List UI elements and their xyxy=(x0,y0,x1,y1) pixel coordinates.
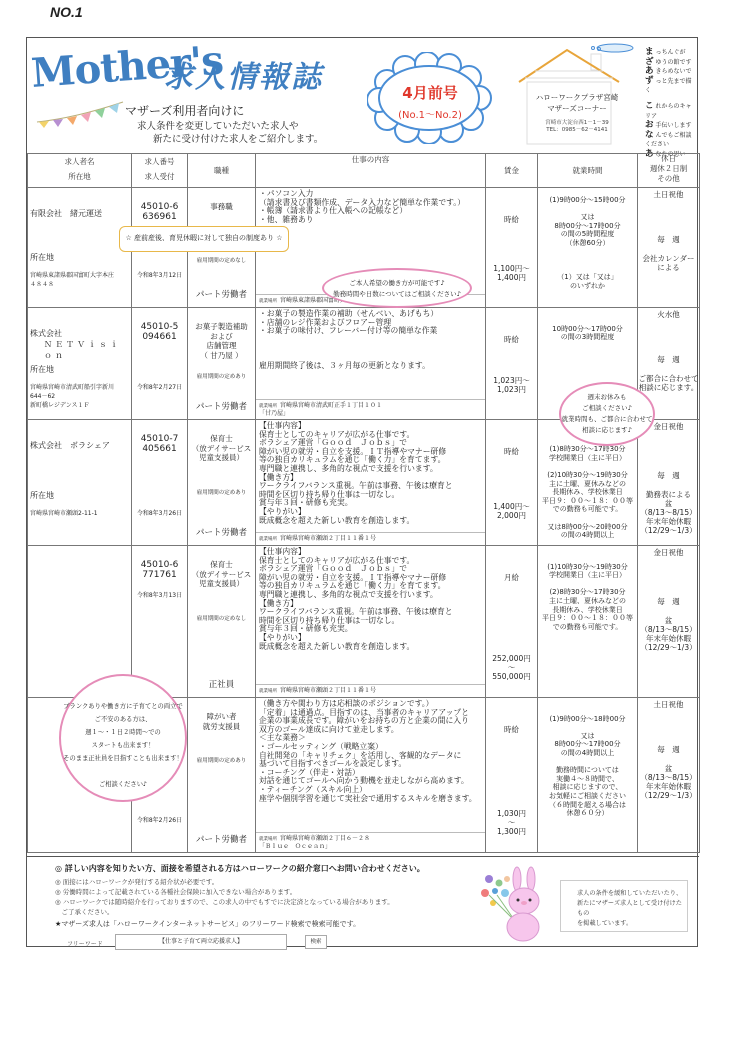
col-hours: 就業時間 xyxy=(538,154,638,188)
holiday-cell: 金日祝他 毎 週 勤務表による 盆 （8/13～8/15） 年末年始休暇 （12… xyxy=(638,420,700,546)
occupation: お菓子製造補助 および 店舗管理 （ 甘乃屋 ） xyxy=(188,308,255,360)
footer-note: ◎ 労働時間によって記載されている各種社会保険に加入できない場合があります。 xyxy=(55,887,296,896)
holiday-days: 金日祝他 xyxy=(638,548,699,557)
job-number: 45010-7405661 xyxy=(132,420,187,454)
occupation-cell: 保育士 （放デイサービス 児童支援員） 雇用期間の定めなし 正社員 xyxy=(188,546,256,698)
bunting-decoration-icon xyxy=(35,100,125,128)
employment-type: パート労働者 xyxy=(188,400,255,412)
description-cell: 【仕事内容】 保育士としてのキャリアが広がる仕事です。 ボラシェア運営「Ｇｏｏｄ… xyxy=(256,420,486,546)
subtitle-2: 求人条件を変更していただいた求人や xyxy=(137,118,299,132)
holiday-other: ご都合に合わせて 相談に応じます。 xyxy=(638,374,699,392)
description-cell: 【仕事内容】 保育士としてのキャリアが広がる仕事です。 ボラシェア運営「Ｇｏｏｄ… xyxy=(256,546,486,698)
holiday-weekly: 毎 週 xyxy=(638,235,699,244)
wage-amount: 1,023円～ 1,023円 xyxy=(486,376,537,394)
working-hours: 10時00分～17時00分 の間の3時間程度 xyxy=(538,316,637,342)
wage-type: 時給 xyxy=(486,214,537,225)
employment-type: パート労働者 xyxy=(188,526,255,538)
company-address: 宮崎県東諸県郡国富町大字本庄 ４８４８ xyxy=(30,270,130,288)
wage-cell: 時給 1,023円～ 1,023円 xyxy=(486,308,538,420)
holiday-days: 土日祝他 xyxy=(638,190,699,199)
holiday-other: 会社カレンダー による xyxy=(638,254,699,272)
job-description: 【仕事内容】 保育士としてのキャリアが広がる仕事です。 ボラシェア運営「Ｇｏｏｄ… xyxy=(256,546,485,667)
holiday-weekly: 毎 週 xyxy=(638,597,699,606)
footer: ◎ 詳しい内容を知りたい方、面接を希望される方はハローワークの紹介窓口へお問い合… xyxy=(27,856,699,948)
footer-note: ◎ 面接にはハローワークが発行する紹介状が必要です。 xyxy=(55,877,218,886)
working-hours: (1)10時30分～19時30分 学校開業日（主に平日） (2)8時30分～17… xyxy=(538,554,637,631)
location-label: 所在地 xyxy=(30,364,54,375)
workplace: 就業場所宮崎県宮崎市清武町正手１丁目１０１ 「甘乃屋」 xyxy=(256,399,485,419)
col-description: 仕事の内容 xyxy=(256,154,486,188)
holiday-other: 盆 （8/13～8/15） 年末年始休暇 （12/29～1/3） xyxy=(638,764,699,800)
wage-cell: 月給 252,000円 ～ 550,000円 xyxy=(486,546,538,698)
wage-cell: 時給 1,030円 ～ 1,300円 xyxy=(486,698,538,853)
job-number-cell: 45010-5094661 令和8年2月27日 xyxy=(132,308,188,420)
office-tel: TEL：0985－62－4141 xyxy=(527,125,627,133)
freeword-label: フリーワード xyxy=(67,939,103,948)
holiday-other: 盆 （8/13～8/15） 年末年始休暇 （12/29～1/3） xyxy=(638,616,699,652)
subtitle-1: マザーズ利用者向けに xyxy=(125,102,244,119)
company-address: 宮崎県宮崎市瀬頭2-11-1 xyxy=(30,508,130,517)
company-address: 宮崎県宮崎市清武町船引字新川 644－62 新町橋レジデンス１Ｆ xyxy=(30,382,130,409)
subtitle-3: 新たに受け付けた求人をご紹介します。 xyxy=(153,131,323,145)
wage-cell: 時給 1,400円～ 2,000円 xyxy=(486,420,538,546)
employment-type: パート労働者 xyxy=(188,833,255,845)
wage-type: 時給 xyxy=(486,446,537,457)
issue-range: (No.1～No.2) xyxy=(367,106,493,121)
job-number-cell: 45010-7405661 令和8年3月26日 xyxy=(132,420,188,546)
workplace: 就業場所宮崎県宮崎市瀬頭２丁目１１番１号 xyxy=(256,684,485,697)
header: Mother's 求人情報誌 マザーズ利用者向けに 求人条件を変更していただいた… xyxy=(27,38,697,153)
col-wage: 賃金 xyxy=(486,154,538,188)
job-description: （働き方や関わり方は応相談のポジションです。） 「定着」は通過点。目指すのは、当… xyxy=(256,698,485,819)
special-benefit-badge: ☆ 産前産後、育児休暇に対して独自の制度あり ☆ xyxy=(119,226,289,252)
working-hours: (1)8時30分～17時30分 学校開業日（主に平日） (2)10時30分～19… xyxy=(538,428,637,540)
holiday-weekly: 毎 週 xyxy=(638,745,699,754)
holiday-weekly: 毎 週 xyxy=(638,471,699,480)
hours-cell: (1)9時00分～15時00分 又は 8時00分～17時00分 の間の5時間程度… xyxy=(538,188,638,308)
job-number: 45010-5094661 xyxy=(132,308,187,342)
wage-amount: 1,100円～ 1,400円 xyxy=(486,264,537,282)
weekend-off-callout: 週末お休みも ご相談ください♪ 就業時間も、ご都合に合わせて 相談に応じます♪ xyxy=(559,382,655,446)
employment-term: 雇用期間の定めなし xyxy=(188,614,255,622)
col-occupation: 職種 xyxy=(188,154,256,188)
employment-term: 雇用期間の定めあり xyxy=(188,372,255,380)
company-cell: 有限会社 緒元運送 所在地 宮崎県東諸県郡国富町大字本庄 ４８４８ xyxy=(28,188,132,308)
holiday-cell: 金日祝他 毎 週 盆 （8/13～8/15） 年末年始休暇 （12/29～1/3… xyxy=(638,546,700,698)
workplace: 就業場所宮崎県宮崎市瀬頭２丁目６－２８ 「Ｂｌｕｅ Ｏｃｅａｎ」 xyxy=(256,832,485,852)
acrostic-line: これからのキャリア xyxy=(645,102,697,121)
hours-cell: (1)9時00分～18時00分 又は 8時00分～17時00分 の間の4時間以上… xyxy=(538,698,638,853)
job-description: 【仕事内容】 保育士としてのキャリアが広がる仕事です。 ボラシェア運営「Ｇｏｏｄ… xyxy=(256,420,485,541)
col-company: 求人者名所在地 xyxy=(28,154,132,188)
working-hours: (1)9時00分～18時00分 又は 8時00分～17時00分 の間の4時間以上… xyxy=(538,706,637,818)
received-date: 令和8年3月12日 xyxy=(132,270,187,279)
holiday-cell: 土日祝他 毎 週 会社カレンダー による xyxy=(638,188,700,308)
employment-term: 雇用期間の定めあり xyxy=(188,756,255,764)
holiday-weekly: 毎 週 xyxy=(638,355,699,364)
office-name-1: ハローワークプラザ宮崎 xyxy=(527,92,627,103)
employment-type: パート労働者 xyxy=(188,288,255,300)
col-number: 求人番号求人受付 xyxy=(132,154,188,188)
wage-cell: 時給 1,100円～ 1,400円 xyxy=(486,188,538,308)
wage-type: 月給 xyxy=(486,572,537,583)
bunny-mascot-icon xyxy=(475,865,555,945)
acrostic-poem: まっちんぐが ざゆうの館です あきらめないで ずっと先まで描く これからのキャリ… xyxy=(645,48,697,160)
occupation: 障がい者 就労支援員 xyxy=(188,698,255,731)
holiday-days: 土日祝他 xyxy=(638,700,699,709)
location-label: 所在地 xyxy=(30,490,54,501)
company-name-2: ＮＥＴＶｉｓｉｏｎ xyxy=(30,339,129,361)
employment-term: 雇用期間の定めあり xyxy=(188,488,255,496)
company-name: 株式会社 ボラシェア xyxy=(30,440,129,451)
job-description: ・お菓子の製造作業の補助（せんべい、あげもち） ・店舗のレジ作業およびフロアー管… xyxy=(256,308,485,386)
job-number: 45010-6636961 xyxy=(132,188,187,222)
wage-amount: 1,400円～ 2,000円 xyxy=(486,502,537,520)
wage-type: 時給 xyxy=(486,334,537,345)
issue-title: 4月前号 xyxy=(367,82,493,103)
company-name: 有限会社 緒元運送 xyxy=(30,208,129,219)
wage-type: 時給 xyxy=(486,724,537,735)
page-number: NO.1 xyxy=(50,4,83,20)
speech-bubble: 求人の条件を緩和していただいたり、 新たにマザーズ求人として受け付けたもの を掲… xyxy=(560,880,688,932)
company-name: 株式会社 xyxy=(30,328,129,339)
description-cell: （働き方や関わり方は応相談のポジションです。） 「定着」は通過点。目指すのは、当… xyxy=(256,698,486,853)
holiday-days: 火水他 xyxy=(638,310,699,319)
received-date: 令和8年2月27日 xyxy=(132,382,187,391)
job-description: ・パソコン入力 （請求書及び書類作成、データ入力など簡単な作業です。） ・帳簿（… xyxy=(256,188,485,240)
received-date: 令和8年2月26日 xyxy=(132,815,187,824)
footer-star-note: ★マザーズ求人は「ハローワークインターネットサービス」のフリーワード検索で検索可… xyxy=(55,919,360,929)
job-number: 45010-6771761 xyxy=(132,546,187,580)
search-button[interactable]: 検索 xyxy=(305,935,327,949)
logo-title: 求人情報誌 xyxy=(163,52,323,96)
company-cell: 株式会社 ＮＥＴＶｉｓｉｏｎ 所在地 宮崎県宮崎市清武町船引字新川 644－62… xyxy=(28,308,132,420)
flyer-frame: Mother's 求人情報誌 マザーズ利用者向けに 求人条件を変更していただいた… xyxy=(26,37,698,947)
col-holiday: 休日週休２日制その他 xyxy=(638,154,700,188)
occupation-cell: お菓子製造補助 および 店舗管理 （ 甘乃屋 ） 雇用期間の定めあり パート労働… xyxy=(188,308,256,420)
occupation-cell: 障がい者 就労支援員 雇用期間の定めあり パート労働者 xyxy=(188,698,256,853)
employment-type: 正社員 xyxy=(188,678,255,690)
table-header-row: 求人者名所在地 求人番号求人受付 職種 仕事の内容 賃金 就業時間 休日週休２日… xyxy=(28,154,700,188)
hours-cell: (1)10時30分～19時30分 学校開業日（主に平日） (2)8時30分～17… xyxy=(538,546,638,698)
company-cell: 株式会社 ボラシェア 所在地 宮崎県宮崎市瀬頭2-11-1 xyxy=(28,420,132,546)
footer-note: ◎ ハローワークでは随時紹介を行っておりますので、この求人の中でもすでに決定済と… xyxy=(55,897,394,906)
wage-amount: 1,030円 ～ 1,300円 xyxy=(486,809,537,836)
office-name-2: マザーズコーナー xyxy=(527,103,627,114)
location-label: 所在地 xyxy=(30,252,54,263)
occupation-cell: 保育士 （放デイサービス 児童支援員） 雇用期間の定めあり パート労働者 xyxy=(188,420,256,546)
holiday-cell: 土日祝他 毎 週 盆 （8/13～8/15） 年末年始休暇 （12/29～1/3… xyxy=(638,698,700,853)
blank-welcome-callout: ブランクありや働き方に子育てとの両立で ご不安のある方は、 週１～・１日２時間～… xyxy=(59,674,187,802)
working-hours: (1)9時00分～15時00分 又は 8時00分～17時00分 の間の5時間程度… xyxy=(538,196,637,291)
footer-main-notice: ◎ 詳しい内容を知りたい方、面接を希望される方はハローワークの紹介窓口へお問い合… xyxy=(55,863,425,874)
footer-note: ご了承ください。 xyxy=(55,907,114,916)
wage-amount: 252,000円 ～ 550,000円 xyxy=(486,654,537,681)
holiday-other: 勤務表による 盆 （8/13～8/15） 年末年始休暇 （12/29～1/3） xyxy=(638,490,699,535)
workplace: 就業場所宮崎県宮崎市瀬頭２丁目１１番１号 xyxy=(256,532,485,545)
occupation: 保育士 （放デイサービス 児童支援員） xyxy=(188,546,255,589)
occupation: 保育士 （放デイサービス 児童支援員） xyxy=(188,420,255,463)
acrostic-line: ずっと先まで描く xyxy=(645,77,697,96)
occupation: 事務職 xyxy=(188,188,255,212)
acrostic-line: なんでもご相談ください xyxy=(645,131,697,150)
job-number-cell: 45010-6771761 令和8年3月13日 xyxy=(132,546,188,698)
employment-term: 雇用期間の定めなし xyxy=(188,256,255,264)
received-date: 令和8年3月26日 xyxy=(132,508,187,517)
freeword-search-input[interactable]: 【仕事と子育て両立応援求人】 xyxy=(115,934,287,950)
description-cell: ・お菓子の製造作業の補助（せんべい、あげもち） ・店舗のレジ作業およびフロアー管… xyxy=(256,308,486,420)
flexible-work-callout: ご本人希望の働き方が可能です♪ 勤務時間や日数についてはご相談ください♪ xyxy=(322,268,472,308)
received-date: 令和8年3月13日 xyxy=(132,590,187,599)
